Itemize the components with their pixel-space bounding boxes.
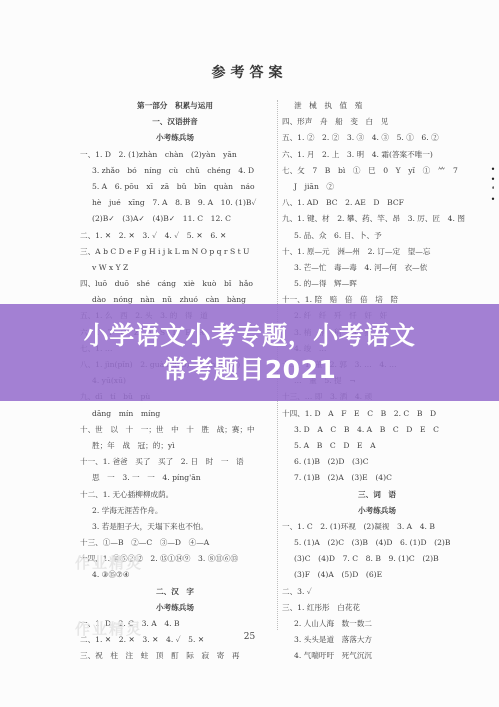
- answer-line: 十三、①—B ②—C ③—D ④—A: [80, 535, 270, 551]
- answer-line: v W x Y Z: [80, 260, 270, 276]
- answer-line: 十、1. 原—元 洲—州 2. 订—定 望—忘: [282, 244, 472, 260]
- answer-line: 7. (1)B (2)A (3)E (4)C: [282, 470, 472, 486]
- mark: •: [490, 175, 496, 185]
- answer-line: 三、A b C D e F g H i j k L m N O p q r S …: [80, 244, 270, 260]
- answer-line: 2. 学海无涯苦作舟。: [80, 503, 270, 519]
- answer-line: 3. D A C B 4. A B C D E C: [282, 422, 472, 438]
- answer-line: 三、祝 柱 注 蛀 顶 酊 际 寂 寄 再: [80, 648, 270, 664]
- section-heading: 小考练兵场: [282, 503, 472, 519]
- title-banner: 小学语文小考专题，小考语文 常考题目2021: [0, 304, 499, 401]
- answer-line: 二、3. ✓: [282, 584, 472, 600]
- answer-line: 一、1. D 2. (1)zhàn chàn (2)yàn yān: [80, 147, 270, 163]
- answer-line: 6. (1)B (2)D (3)C: [282, 454, 472, 470]
- section-heading: 第一部分 积累与运用: [80, 98, 270, 114]
- answer-line: 3. zhǎo bó níng cù chǔ chéng 4. D: [80, 163, 270, 179]
- answer-line: 泄 械 执 值 殖: [282, 98, 472, 114]
- page-title: 参考答案: [0, 62, 499, 82]
- answer-line: 胜；年 战 冠；的；yì: [80, 438, 270, 454]
- answer-line: 3. 若是胆子大，天塌下来也不怕。: [80, 519, 270, 535]
- answer-line: 十、世 以 十 一；世 中 十 胜 战；赛；中: [80, 422, 270, 438]
- banner-title-line-1: 小学语文小考专题，小考语文: [84, 319, 416, 353]
- answer-line: 四、形声 舟 船 变 白 见: [282, 114, 472, 130]
- section-heading: 一、汉语拼音: [80, 114, 270, 130]
- answer-line: 5. A 6. pōu xī zā bǔ bīn quàn náo: [80, 179, 270, 195]
- mark: ❛: [490, 185, 496, 195]
- answer-line: 5. 的—得 辉—晖: [282, 276, 472, 292]
- answer-line: 思 一 3. 一 一 4. píng'ān: [80, 470, 270, 486]
- mark: •: [490, 165, 496, 175]
- answer-line: 5. A B C D E A: [282, 438, 472, 454]
- answer-line: dāng mín míng: [80, 406, 270, 422]
- answer-line: 十一、1. 爸爸 买了 买了 2. 日 时 一 语: [80, 454, 270, 470]
- answer-line: 2. 人山人海 数一数二: [282, 616, 472, 632]
- answer-line: J jiān ②: [282, 179, 472, 195]
- answer-line: 4. 气喘吁吁 死气沉沉: [282, 648, 472, 664]
- answer-line: 九、1. 键、材 2. 攀、药、竿、昂 3. 厉、匠 4. 图: [282, 211, 472, 227]
- answer-line: 十四、1. D A F E C B 2. C B D: [282, 406, 472, 422]
- watermark: 作业精灵: [75, 552, 143, 573]
- answer-line: 5. 品、众 6. 目、卜、予: [282, 228, 472, 244]
- answer-line: 一、1. C 2. (1)环视 (2)凝视 3. A 4. B: [282, 519, 472, 535]
- answer-line: 3. 芒—忙 毒—毒 4. 河—何 衣—依: [282, 260, 472, 276]
- section-heading: 小考练兵场: [80, 600, 270, 616]
- answer-line: 六、1. 月 2. 上 3. 明 4. 霜(答案不唯一): [282, 147, 472, 163]
- answer-line: 三、1. 红彤彤 白花花: [282, 600, 472, 616]
- answer-line: 5. (1)A (2)C (3)B (4)D 6. (1)D (2)B: [282, 535, 472, 551]
- answer-line: hè jué xīng 7. A 8. B 9. A 10. (1)B✓: [80, 195, 270, 211]
- answer-line: (3)C (4)D 7. C 8. B 9. (1)C (2)B: [282, 551, 472, 567]
- answer-line: (2)B✓ (3)A✓ (4)B✓ 11. C 12. C: [80, 211, 270, 227]
- answer-line: (3)F (4)A (5)D (6)E: [282, 567, 472, 583]
- answer-line: 二、1. ✕ 2. ✕ 3. ✓ 4. ✓ 5. ✕ 6. ✕: [80, 228, 270, 244]
- section-heading: 小考练兵场: [80, 130, 270, 146]
- binding-marks: • • ❛ •: [490, 165, 496, 205]
- banner-title-line-2: 常考题目2021: [163, 353, 337, 387]
- section-heading: 二、汉 字: [80, 584, 270, 600]
- answer-line: 十二、1. 无心插柳柳成荫。: [80, 487, 270, 503]
- mark: •: [490, 195, 496, 205]
- page-number: 25: [0, 632, 499, 642]
- answer-line: 五、1. ② 2. ② 3. ③ 4. ③ 5. ① 6. ②: [282, 130, 472, 146]
- answer-line: 八、1. AD BC 2. AE D BCF: [282, 195, 472, 211]
- section-heading: 三、词 语: [282, 487, 472, 503]
- answer-line: 四、luō duō shé cáng xiè kuò bǐ hǎo: [80, 276, 270, 292]
- answer-line: 七、攵 7 B bì ① 巳 0 Y yǐ ① ⺮ 7: [282, 163, 472, 179]
